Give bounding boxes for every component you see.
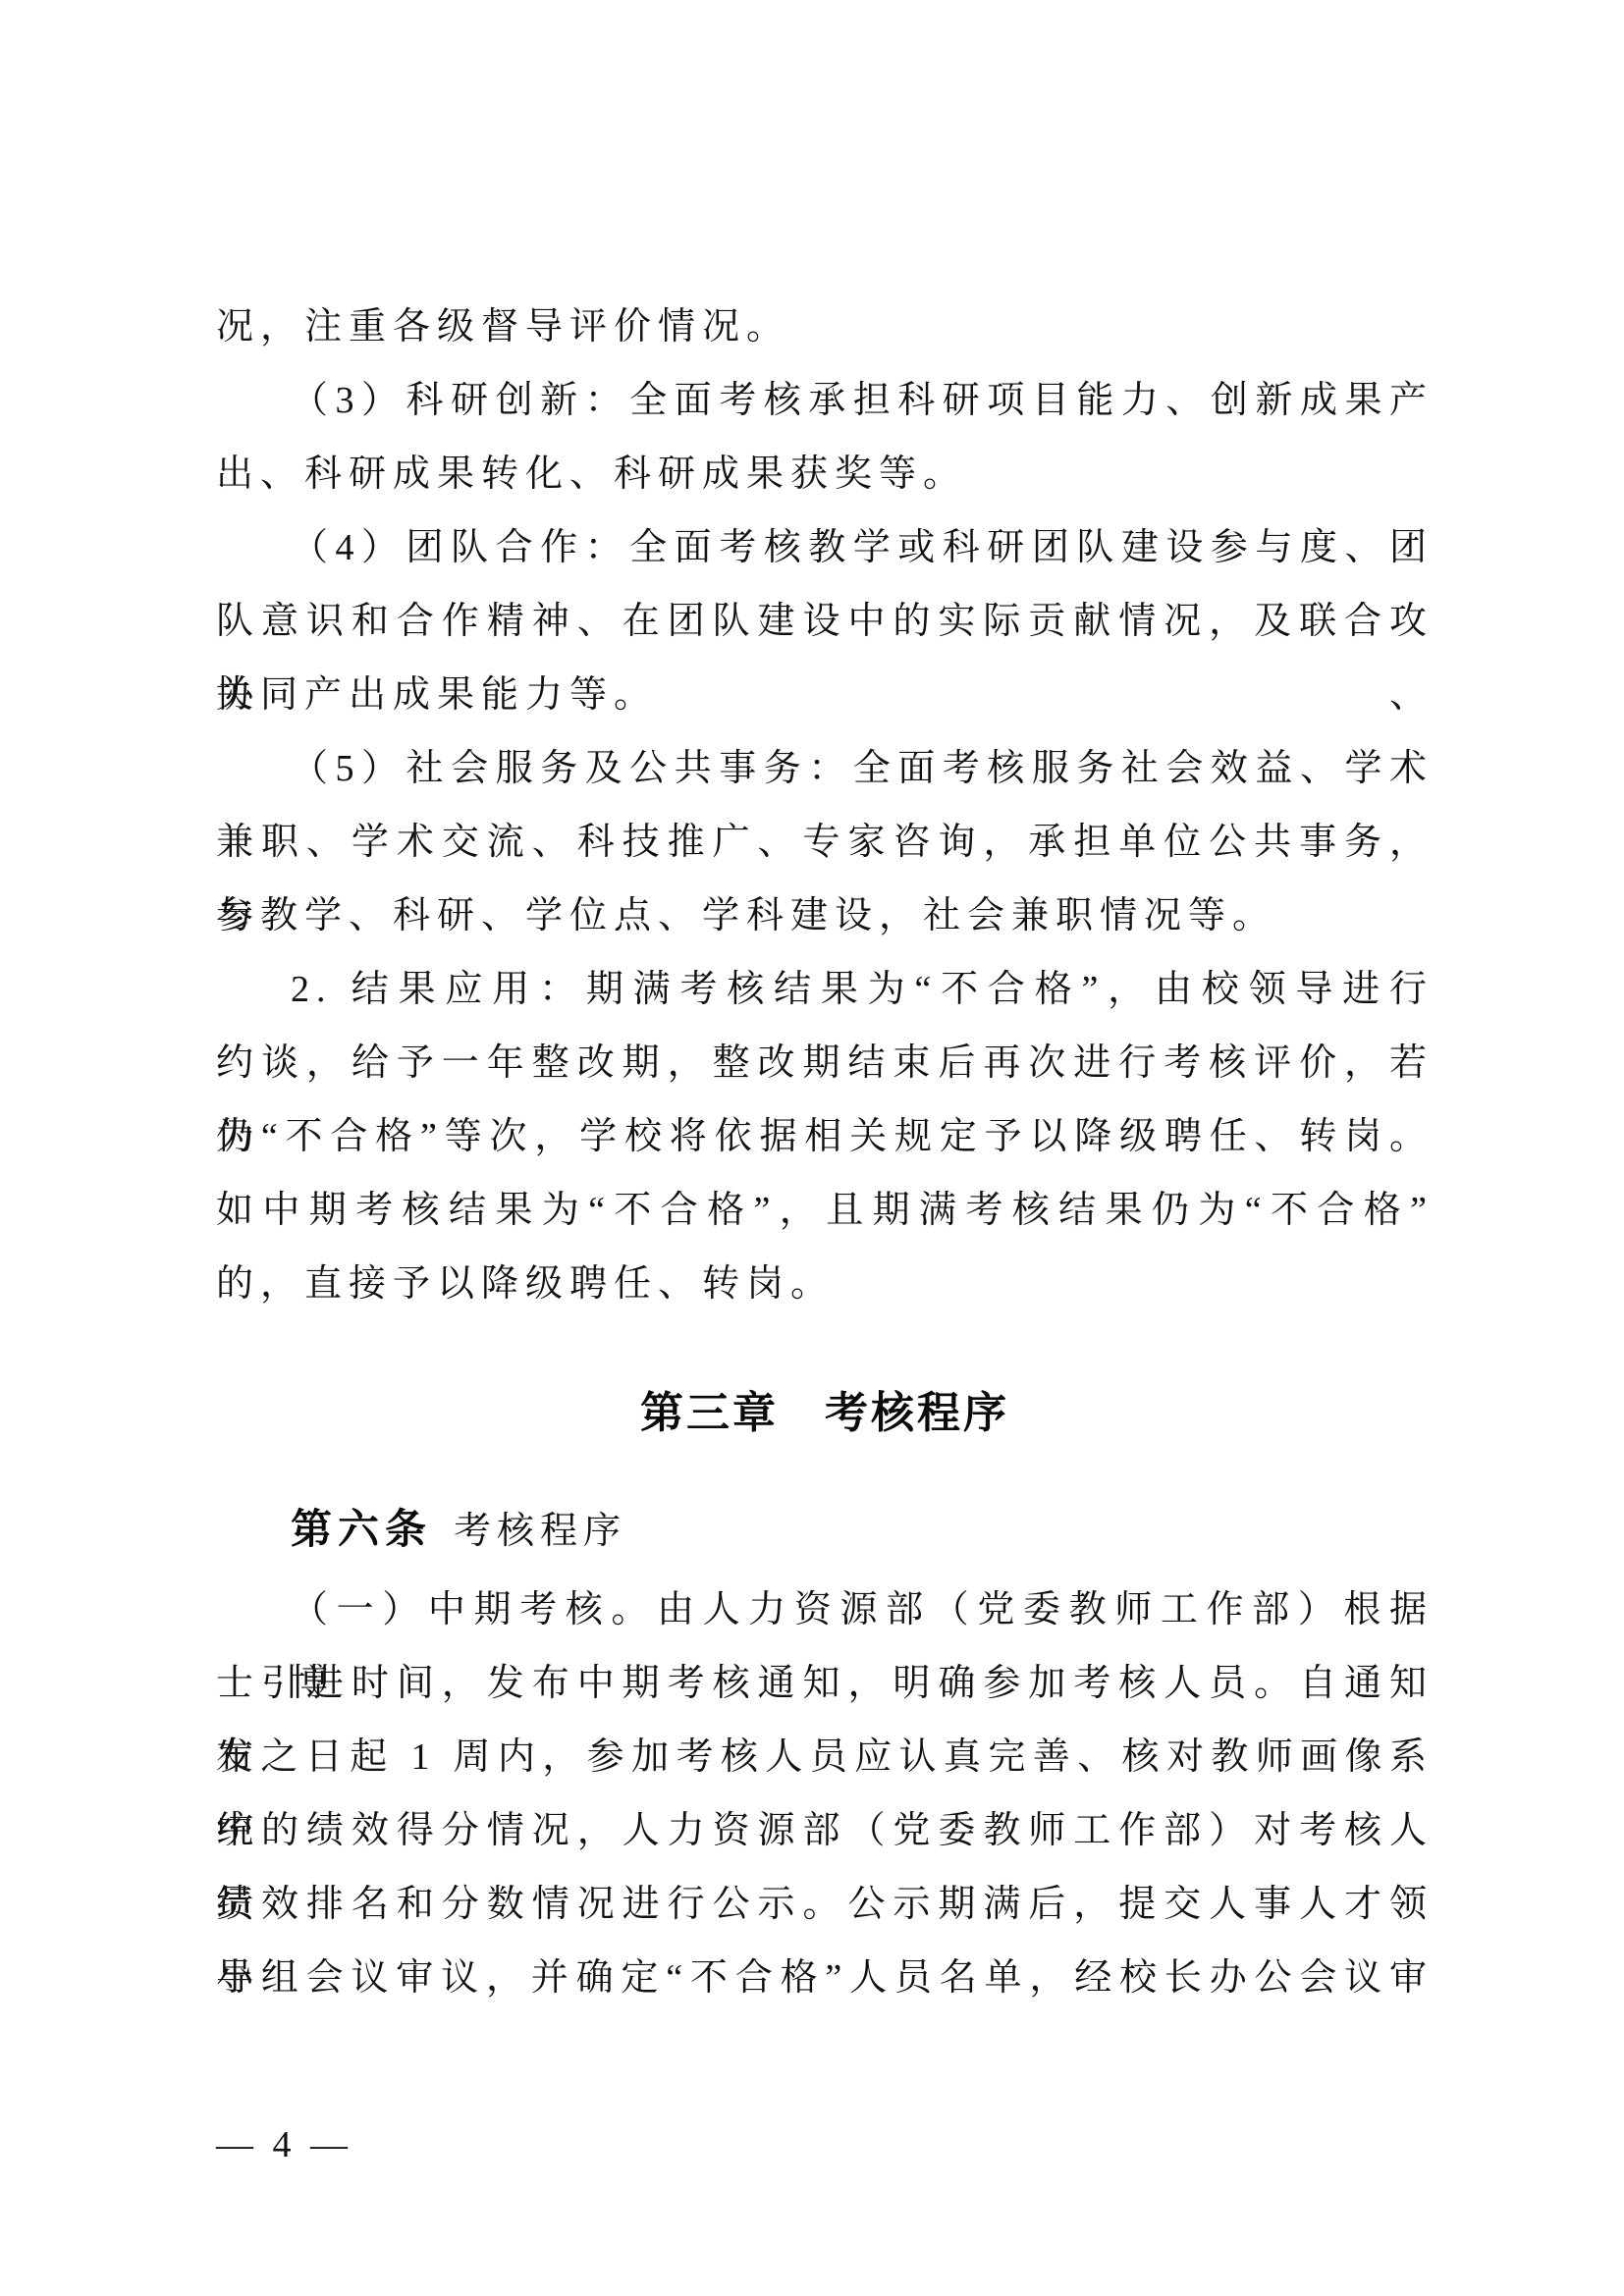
body-line: （4）团队合作：全面考核教学或科研团队建设参与度、团 — [216, 511, 1434, 585]
body-line: 2. 结果应用：期满考核结果为“不合格”，由校领导进行 — [216, 953, 1434, 1027]
article-number: 第六条 — [291, 1506, 432, 1552]
body-line: 协同产出成果能力等。 — [216, 659, 1434, 732]
document-page: 况，注重各级督导评价情况。 （3）科研创新：全面考核承担科研项目能力、创新成果产… — [0, 0, 1624, 2296]
body-line: 如中期考核结果为“不合格”，且期满考核结果仍为“不合格” — [216, 1174, 1434, 1248]
body-line: 出、科研成果转化、科研成果获奖等。 — [216, 438, 1434, 511]
body-line: 为“不合格”等次，学校将依据相关规定予以降级聘任、转岗。 — [216, 1100, 1434, 1174]
page-number: — 4 — — [216, 2120, 352, 2169]
body-line: 的，直接予以降级聘任、转岗。 — [216, 1248, 1434, 1321]
body-line: （5）社会服务及公共事务：全面考核服务社会效益、学术 — [216, 732, 1434, 806]
body-line: （3）科研创新：全面考核承担科研项目能力、创新成果产 — [216, 364, 1434, 438]
body-line: 与教学、科研、学位点、学科建设，社会兼职情况等。 — [216, 880, 1434, 953]
article-line: 第六条考核程序 — [216, 1492, 1434, 1566]
body-line: 况，注重各级督导评价情况。 — [216, 291, 1434, 364]
article-title: 考核程序 — [454, 1511, 626, 1552]
body-line: 小组会议审议，并确定“不合格”人员名单，经校长办公会议审 — [216, 1942, 1434, 2015]
chapter-heading: 第三章 考核程序 — [216, 1374, 1434, 1453]
